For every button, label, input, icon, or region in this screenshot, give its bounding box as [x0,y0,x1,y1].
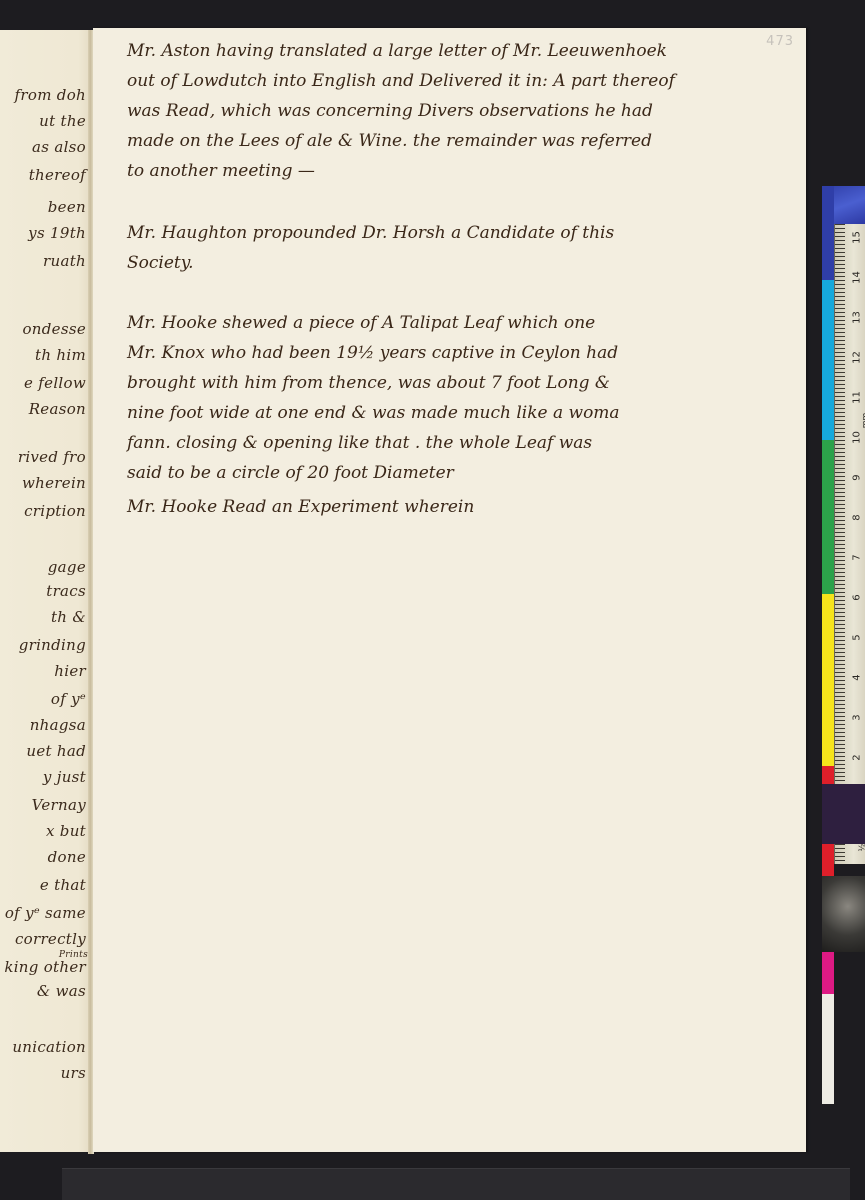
scale-unit-label: mm [861,413,865,429]
scale-number: 6 [852,590,863,606]
ruler-grey-reference [822,876,865,952]
scale-number: 4 [852,670,863,686]
scale-number: 13 [852,310,863,326]
left-page-text-fragment: urs [61,1064,86,1082]
left-page-text-fragment: wherein [22,474,86,492]
mounting-board [62,1168,850,1200]
left-page-text-fragment: th him [35,346,86,364]
swatch-yellow [822,594,834,766]
scale-ticks [835,224,845,864]
left-page-text-fragment: of yᵉ [51,690,86,708]
scale-number: 15 [852,230,863,246]
scale-number: 3 [852,710,863,726]
scale-number: 9 [852,470,863,486]
paragraph-aston-letter: Mr. Aston having translated a large lett… [127,36,807,186]
left-page-text-fragment: unication [12,1038,86,1056]
left-page-text-fragment: king other [4,958,86,976]
text-line: nine foot wide at one end & was made muc… [127,398,807,428]
left-page-text-fragment: y just [43,768,86,786]
paragraph-hooke-experiment: Mr. Hooke Read an Experiment wherein [127,492,807,522]
text-line: Mr. Aston having translated a large lett… [127,36,807,66]
left-page-text-fragment: rived fro [18,448,86,466]
left-page-text-fragment: e fellow [24,374,86,392]
left-page-text-fragment: done [48,848,86,866]
text-line: Mr. Haughton propounded Dr. Horsh a Cand… [127,218,807,248]
left-page-text-fragment: th & [51,608,86,626]
scale-number: 14 [852,270,863,286]
text-line: Mr. Hooke Read an Experiment wherein [127,492,807,522]
paragraph-haughton-candidate: Mr. Haughton propounded Dr. Horsh a Cand… [127,218,807,278]
text-line: Society. [127,248,807,278]
left-page-text-fragment: as also [32,138,86,156]
left-page-text-fragment: Vernay [32,796,86,814]
text-line: Mr. Knox who had been 19½ years captive … [127,338,807,368]
left-page-text-fragment: from doh [15,86,86,104]
text-line: to another meeting — [127,156,807,186]
left-page-text-fragment: tracs [46,582,86,600]
ruler-purple-base [822,784,865,844]
scale-number: 12 [852,350,863,366]
scale-number: 7 [852,550,863,566]
scale-number: 2 [852,750,863,766]
left-page-text-fragment: & was [37,982,86,1000]
swatch-blue [822,186,834,280]
interlinear-note: Prints [59,950,88,960]
left-page-text-fragment: uet had [26,742,86,760]
left-page-text-fragment: been [48,198,86,216]
left-page-text-fragment: e that [40,876,86,894]
text-line: out of Lowdutch into English and Deliver… [127,66,807,96]
left-page-text-fragment: ruath [43,252,86,270]
swatch-white [822,994,834,1104]
swatch-cyan [822,280,834,440]
left-page-text-fragment: ys 19th [28,224,86,242]
left-page-text-fragment: hier [54,662,86,680]
color-calibration-ruler: 151413121110987654321mm½ mm [822,186,865,952]
left-page-text-fragment: correctly [15,930,86,948]
left-page-text-fragment: grinding [19,636,86,654]
scale-number: 10 [852,430,863,446]
left-page-text-fragment: ut the [39,112,86,130]
right-page: 473 Mr. Aston having translated a large … [93,28,806,1152]
left-page-text-fragment: gage [48,558,86,576]
left-page-text-fragment: nhagsa [30,716,86,734]
scale-number: 8 [852,510,863,526]
scale-number: 11 [852,390,863,406]
text-line: made on the Lees of ale & Wine. the rema… [127,126,807,156]
text-line: fann. closing & opening like that . the … [127,428,807,458]
swatch-green [822,440,834,594]
left-page-text-fragment: Reason [29,400,86,418]
text-line: was Read, which was concerning Divers ob… [127,96,807,126]
paragraph-hooke-talipat-leaf: Mr. Hooke shewed a piece of A Talipat Le… [127,308,807,488]
left-page-text-fragment: of yᵉ same [5,904,86,922]
text-line: Mr. Hooke shewed a piece of A Talipat Le… [127,308,807,338]
scale-number: 5 [852,630,863,646]
left-page-text-fragment: cription [24,502,86,520]
left-page-text-fragment: thereof [29,166,86,184]
measurement-scale: 151413121110987654321mm½ mm [834,224,865,864]
left-page-text-fragment: ondesse [22,320,86,338]
text-line: said to be a circle of 20 foot Diameter [127,458,807,488]
left-page-fragment: from dohut theas alsothereofbeenys 19thr… [0,30,92,1152]
left-page-text-fragment: x but [46,822,86,840]
text-line: brought with him from thence, was about … [127,368,807,398]
